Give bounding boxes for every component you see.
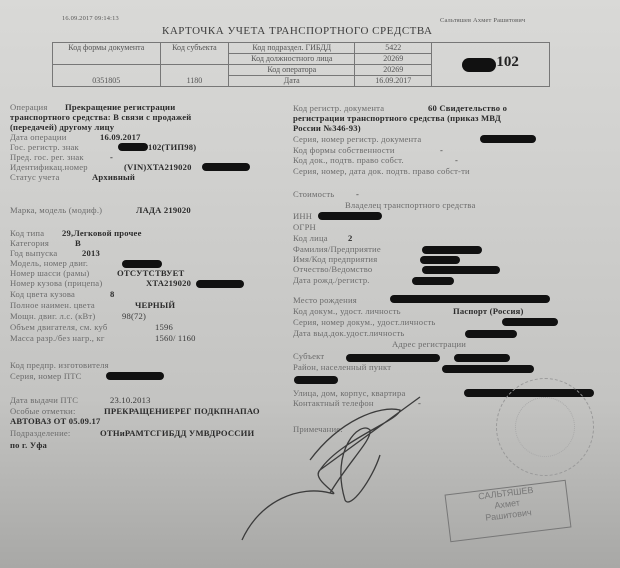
vehicle-registration-card: 16.09.2017 09:14:13 КАРТОЧКА УЧЕТА ТРАНС…	[0, 0, 620, 568]
signature	[0, 0, 620, 568]
